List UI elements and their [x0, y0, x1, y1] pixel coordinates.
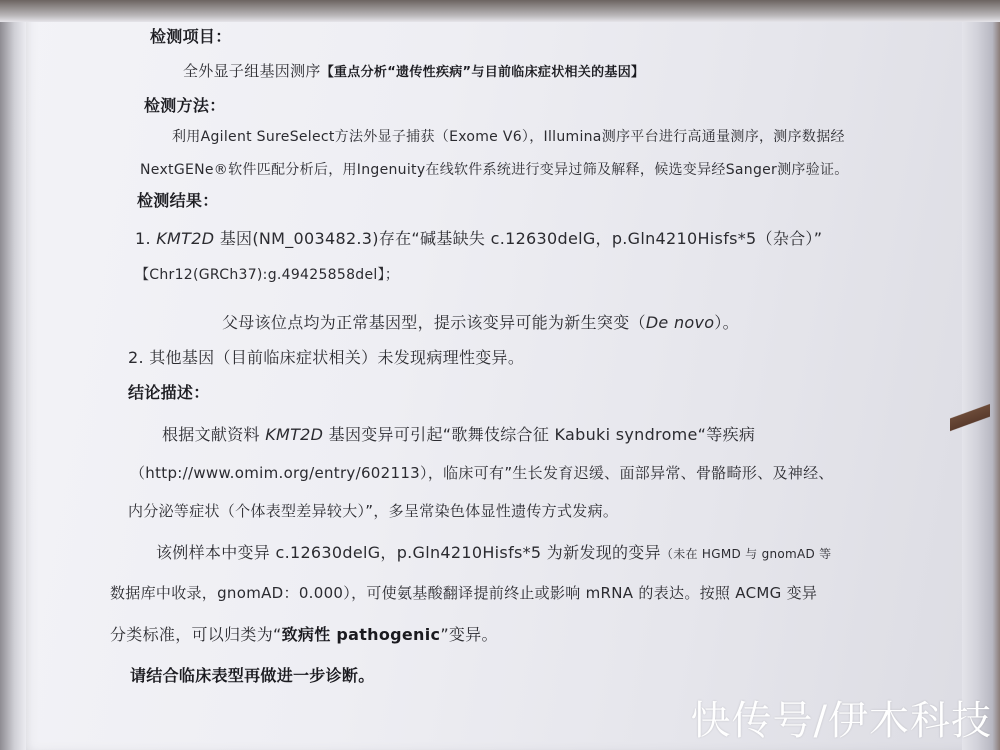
closing-recommendation: 请结合临床表型再做进一步诊断。 [130, 663, 375, 686]
parental-note-text: 父母该位点均为正常基因型，提示该变异可能为新生突变（ [222, 313, 646, 332]
gene-name: KMT2D [156, 229, 214, 248]
conclusion-p1-text-b: 基因变异可引起“歌舞伎综合征 Kabuki syndrome“等疾病 [323, 425, 755, 444]
conclusion-paragraph-2-line-3: 分类标准，可以归类为“致病性 pathogenic”变异。 [110, 622, 498, 645]
result-item-1: 1. KMT2D 基因(NM_003482.3)存在“碱基缺失 c.12630d… [135, 226, 822, 249]
pathogenic-label: 致病性 pathogenic [282, 625, 441, 644]
result-item-2: 2. 其他基因（目前临床症状相关）未发现病理性变异。 [128, 345, 524, 368]
section-heading-test-result: 检测结果： [137, 188, 219, 211]
conclusion-p2-note: （未在 HGMD 与 gnomAD 等 [661, 547, 832, 561]
parental-note-end: ）。 [714, 313, 739, 332]
conclusion-p2-text: 该例样本中变异 c.12630delG，p.Gln4210Hisfs*5 为新发… [156, 543, 661, 562]
de-novo-label: De novo [646, 313, 715, 332]
test-item-content: 全外显子组基因测序【重点分析“遗传性疾病”与目前临床症状相关的基因】 [183, 60, 644, 81]
conclusion-paragraph-2-line-1: 该例样本中变异 c.12630delG，p.Gln4210Hisfs*5 为新发… [156, 540, 831, 563]
test-method-line-2: NextGENe®软件匹配分析后，用Ingenuity在线软件系统进行变异过筛及… [140, 159, 849, 179]
conclusion-p1-text-a: 根据文献资料 [162, 425, 265, 444]
conclusion-paragraph-1-line-1: 根据文献资料 KMT2D 基因变异可引起“歌舞伎综合征 Kabuki syndr… [162, 422, 755, 445]
test-item-main: 全外显子组基因测序 [183, 62, 321, 80]
classification-text: 分类标准，可以归类为“ [110, 625, 282, 644]
conclusion-paragraph-1-line-2: （http://www.omim.org/entry/602113），临床可有”… [130, 462, 834, 483]
section-heading-test-method: 检测方法： [144, 93, 226, 116]
result-item-1-coordinates: 【Chr12(GRCh37):g.49425858del】； [135, 264, 399, 284]
section-heading-conclusion: 结论描述： [128, 380, 210, 403]
test-item-note: 【重点分析“遗传性疾病”与目前临床症状相关的基因】 [321, 65, 645, 80]
test-method-line-1: 利用Agilent SureSelect方法外显子捕获（Exome V6），Il… [172, 126, 845, 146]
result-item-1-text: 基因(NM_003482.3)存在“碱基缺失 c.12630delG，p.Gln… [214, 229, 822, 248]
watermark: 快传号/伊木科技 [691, 689, 992, 746]
section-heading-test-item: 检测项目： [150, 24, 232, 47]
report-body: 检测项目： 全外显子组基因测序【重点分析“遗传性疾病”与目前临床症状相关的基因】… [0, 0, 1000, 750]
conclusion-paragraph-1-line-3: 内分泌等症状（个体表型差异较大）”，多呈常染色体显性遗传方式发病。 [128, 500, 618, 521]
result-item-1-number: 1. [135, 229, 156, 248]
conclusion-paragraph-2-line-2: 数据库中收录，gnomAD：0.000），可使氨基酸翻译提前终止或影响 mRNA… [110, 582, 817, 603]
gene-name: KMT2D [265, 425, 323, 444]
classification-end: ”变异。 [440, 625, 498, 644]
result-item-1-parental-note: 父母该位点均为正常基因型，提示该变异可能为新生突变（De novo）。 [222, 310, 739, 333]
